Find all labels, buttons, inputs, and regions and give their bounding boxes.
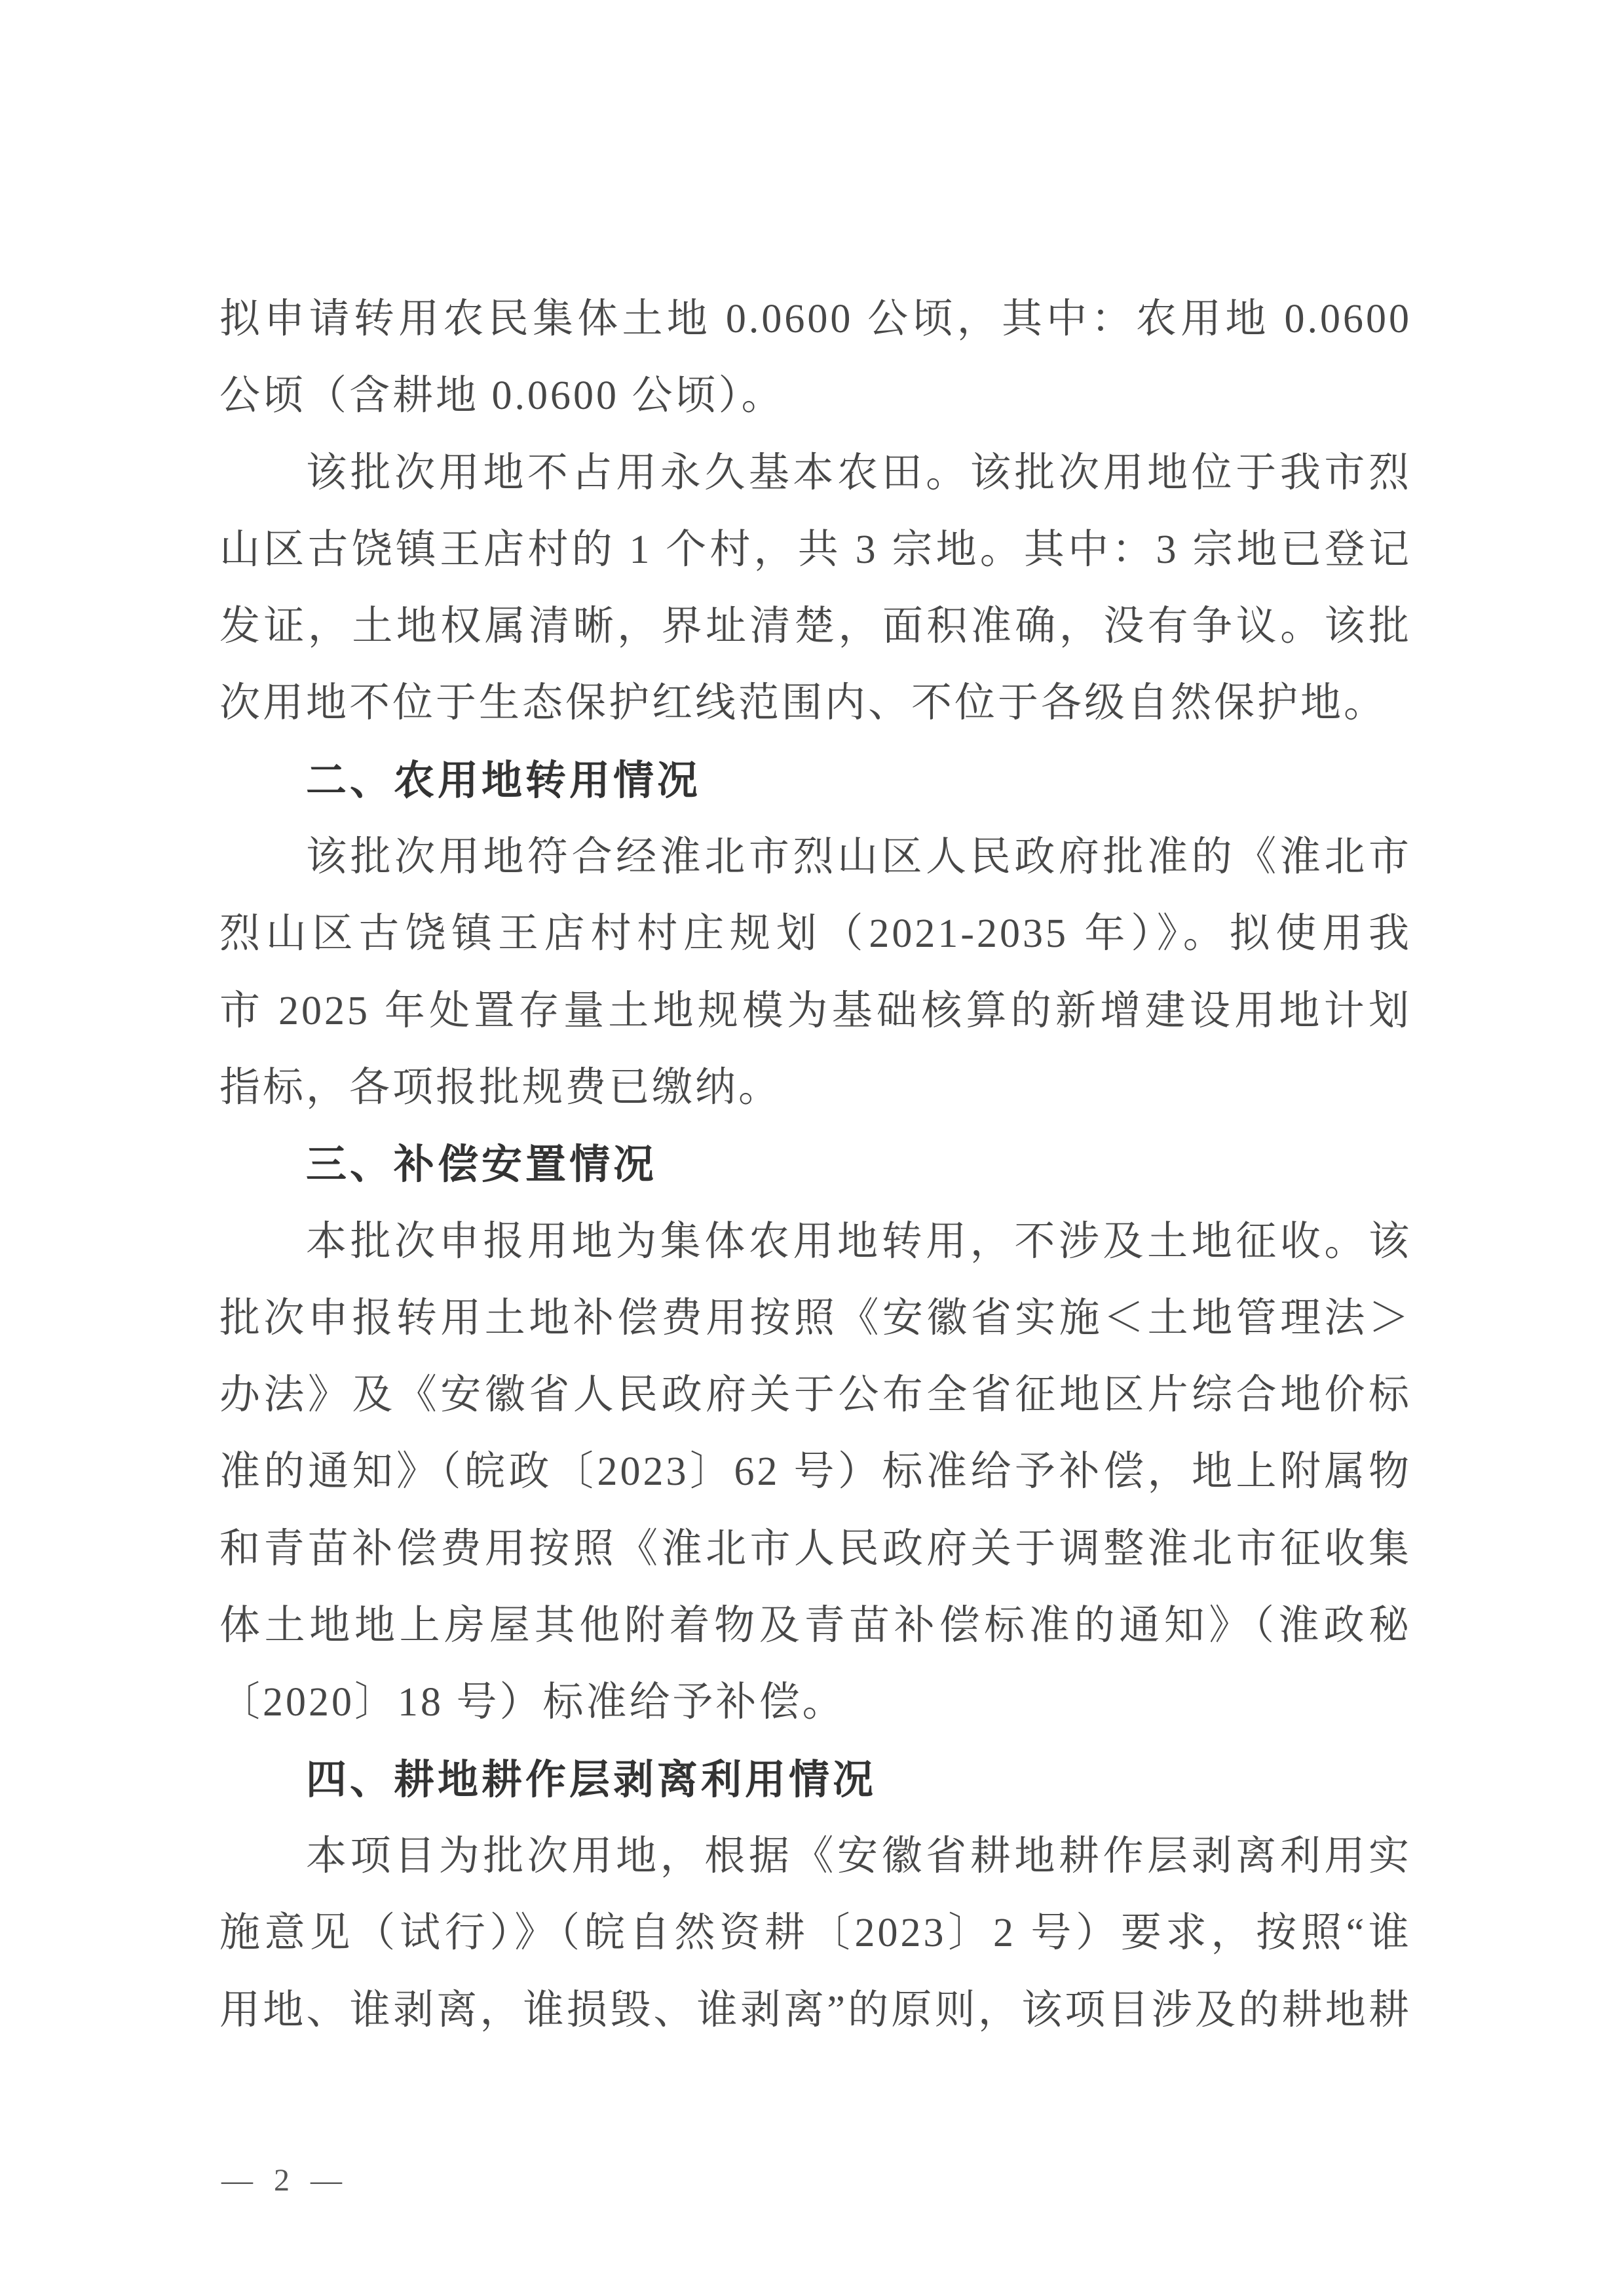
- document-body: 拟申请转用农民集体土地 0.0600 公顷，其中：农用地 0.0600 公顷（含…: [219, 281, 1412, 2049]
- text-line: 本批次申报用地为集体农用地转用，不涉及土地征收。该: [219, 1204, 1412, 1280]
- text-line: 市 2025 年处置存量土地规模为基础核算的新增建设用地计划: [219, 973, 1412, 1050]
- text-line: 指标，各项报批规费已缴纳。: [219, 1050, 1412, 1126]
- section-heading: 四、耕地耕作层剥离利用情况: [219, 1742, 1412, 1818]
- text-line: 本项目为批次用地，根据《安徽省耕地耕作层剥离利用实: [219, 1818, 1412, 1895]
- document-page: 拟申请转用农民集体土地 0.0600 公顷，其中：农用地 0.0600 公顷（含…: [0, 0, 1624, 2296]
- text-line: 〔2020〕18 号）标准给予补偿。: [219, 1664, 1412, 1741]
- text-line: 发证，土地权属清晰，界址清楚，面积准确，没有争议。该批: [219, 588, 1412, 665]
- text-line: 办法》及《安徽省人民政府关于公布全省征地区片综合地价标: [219, 1357, 1412, 1434]
- page-number: — 2 —: [221, 2154, 349, 2207]
- text-line: 拟申请转用农民集体土地 0.0600 公顷，其中：农用地 0.0600: [219, 281, 1412, 358]
- text-line: 烈山区古饶镇王店村村庄规划（2021-2035 年）》。拟使用我: [219, 896, 1412, 972]
- text-line: 施意见（试行）》（皖自然资耕〔2023〕2 号）要求，按照“谁: [219, 1895, 1412, 1972]
- text-line: 山区古饶镇王店村的 1 个村，共 3 宗地。其中：3 宗地已登记: [219, 512, 1412, 588]
- text-line: 和青苗补偿费用按照《淮北市人民政府关于调整淮北市征收集: [219, 1511, 1412, 1588]
- text-line: 次用地不位于生态保护红线范围内、不位于各级自然保护地。: [219, 665, 1412, 742]
- text-line: 用地、谁剥离，谁损毁、谁剥离”的原则，该项目涉及的耕地耕: [219, 1972, 1412, 2049]
- text-line: 体土地地上房屋其他附着物及青苗补偿标准的通知》（淮政秘: [219, 1588, 1412, 1664]
- section-heading: 二、农用地转用情况: [219, 742, 1412, 819]
- text-line: 准的通知》（皖政〔2023〕62 号）标准给予补偿，地上附属物: [219, 1434, 1412, 1510]
- text-line: 该批次用地不占用永久基本农田。该批次用地位于我市烈: [219, 435, 1412, 512]
- section-heading: 三、补偿安置情况: [219, 1126, 1412, 1203]
- text-line: 该批次用地符合经淮北市烈山区人民政府批准的《淮北市: [219, 819, 1412, 896]
- text-line: 批次申报转用土地补偿费用按照《安徽省实施＜土地管理法＞: [219, 1280, 1412, 1357]
- text-line: 公顷（含耕地 0.0600 公顷）。: [219, 358, 1412, 434]
